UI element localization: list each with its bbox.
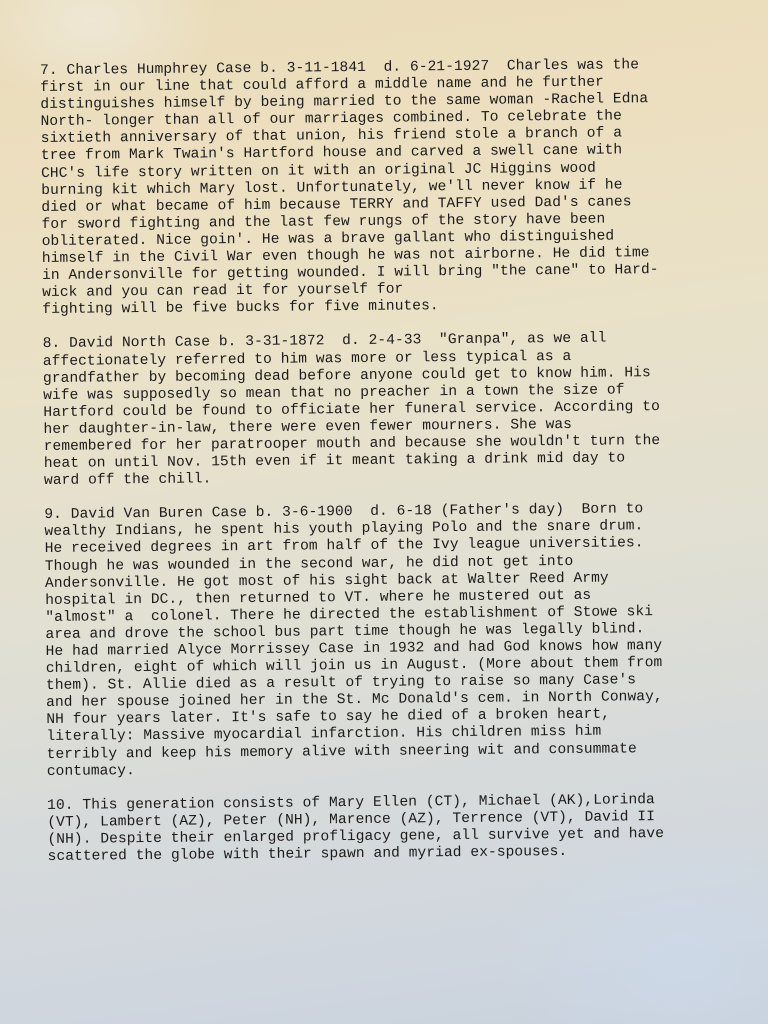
entry-10-this-generation: 10. This generation consists of Mary Ell… [47,791,768,866]
typewritten-page: 7. Charles Humphrey Case b. 3-11-1841 d.… [40,56,768,883]
entry-7-charles-humphrey-case: 7. Charles Humphrey Case b. 3-11-1841 d.… [40,56,762,319]
entry-8-david-north-case: 8. David North Case b. 3-31-1872 d. 2-4-… [43,329,764,490]
entry-9-david-van-buren-case: 9. David Van Buren Case b. 3-6-1900 d. 6… [44,500,767,780]
